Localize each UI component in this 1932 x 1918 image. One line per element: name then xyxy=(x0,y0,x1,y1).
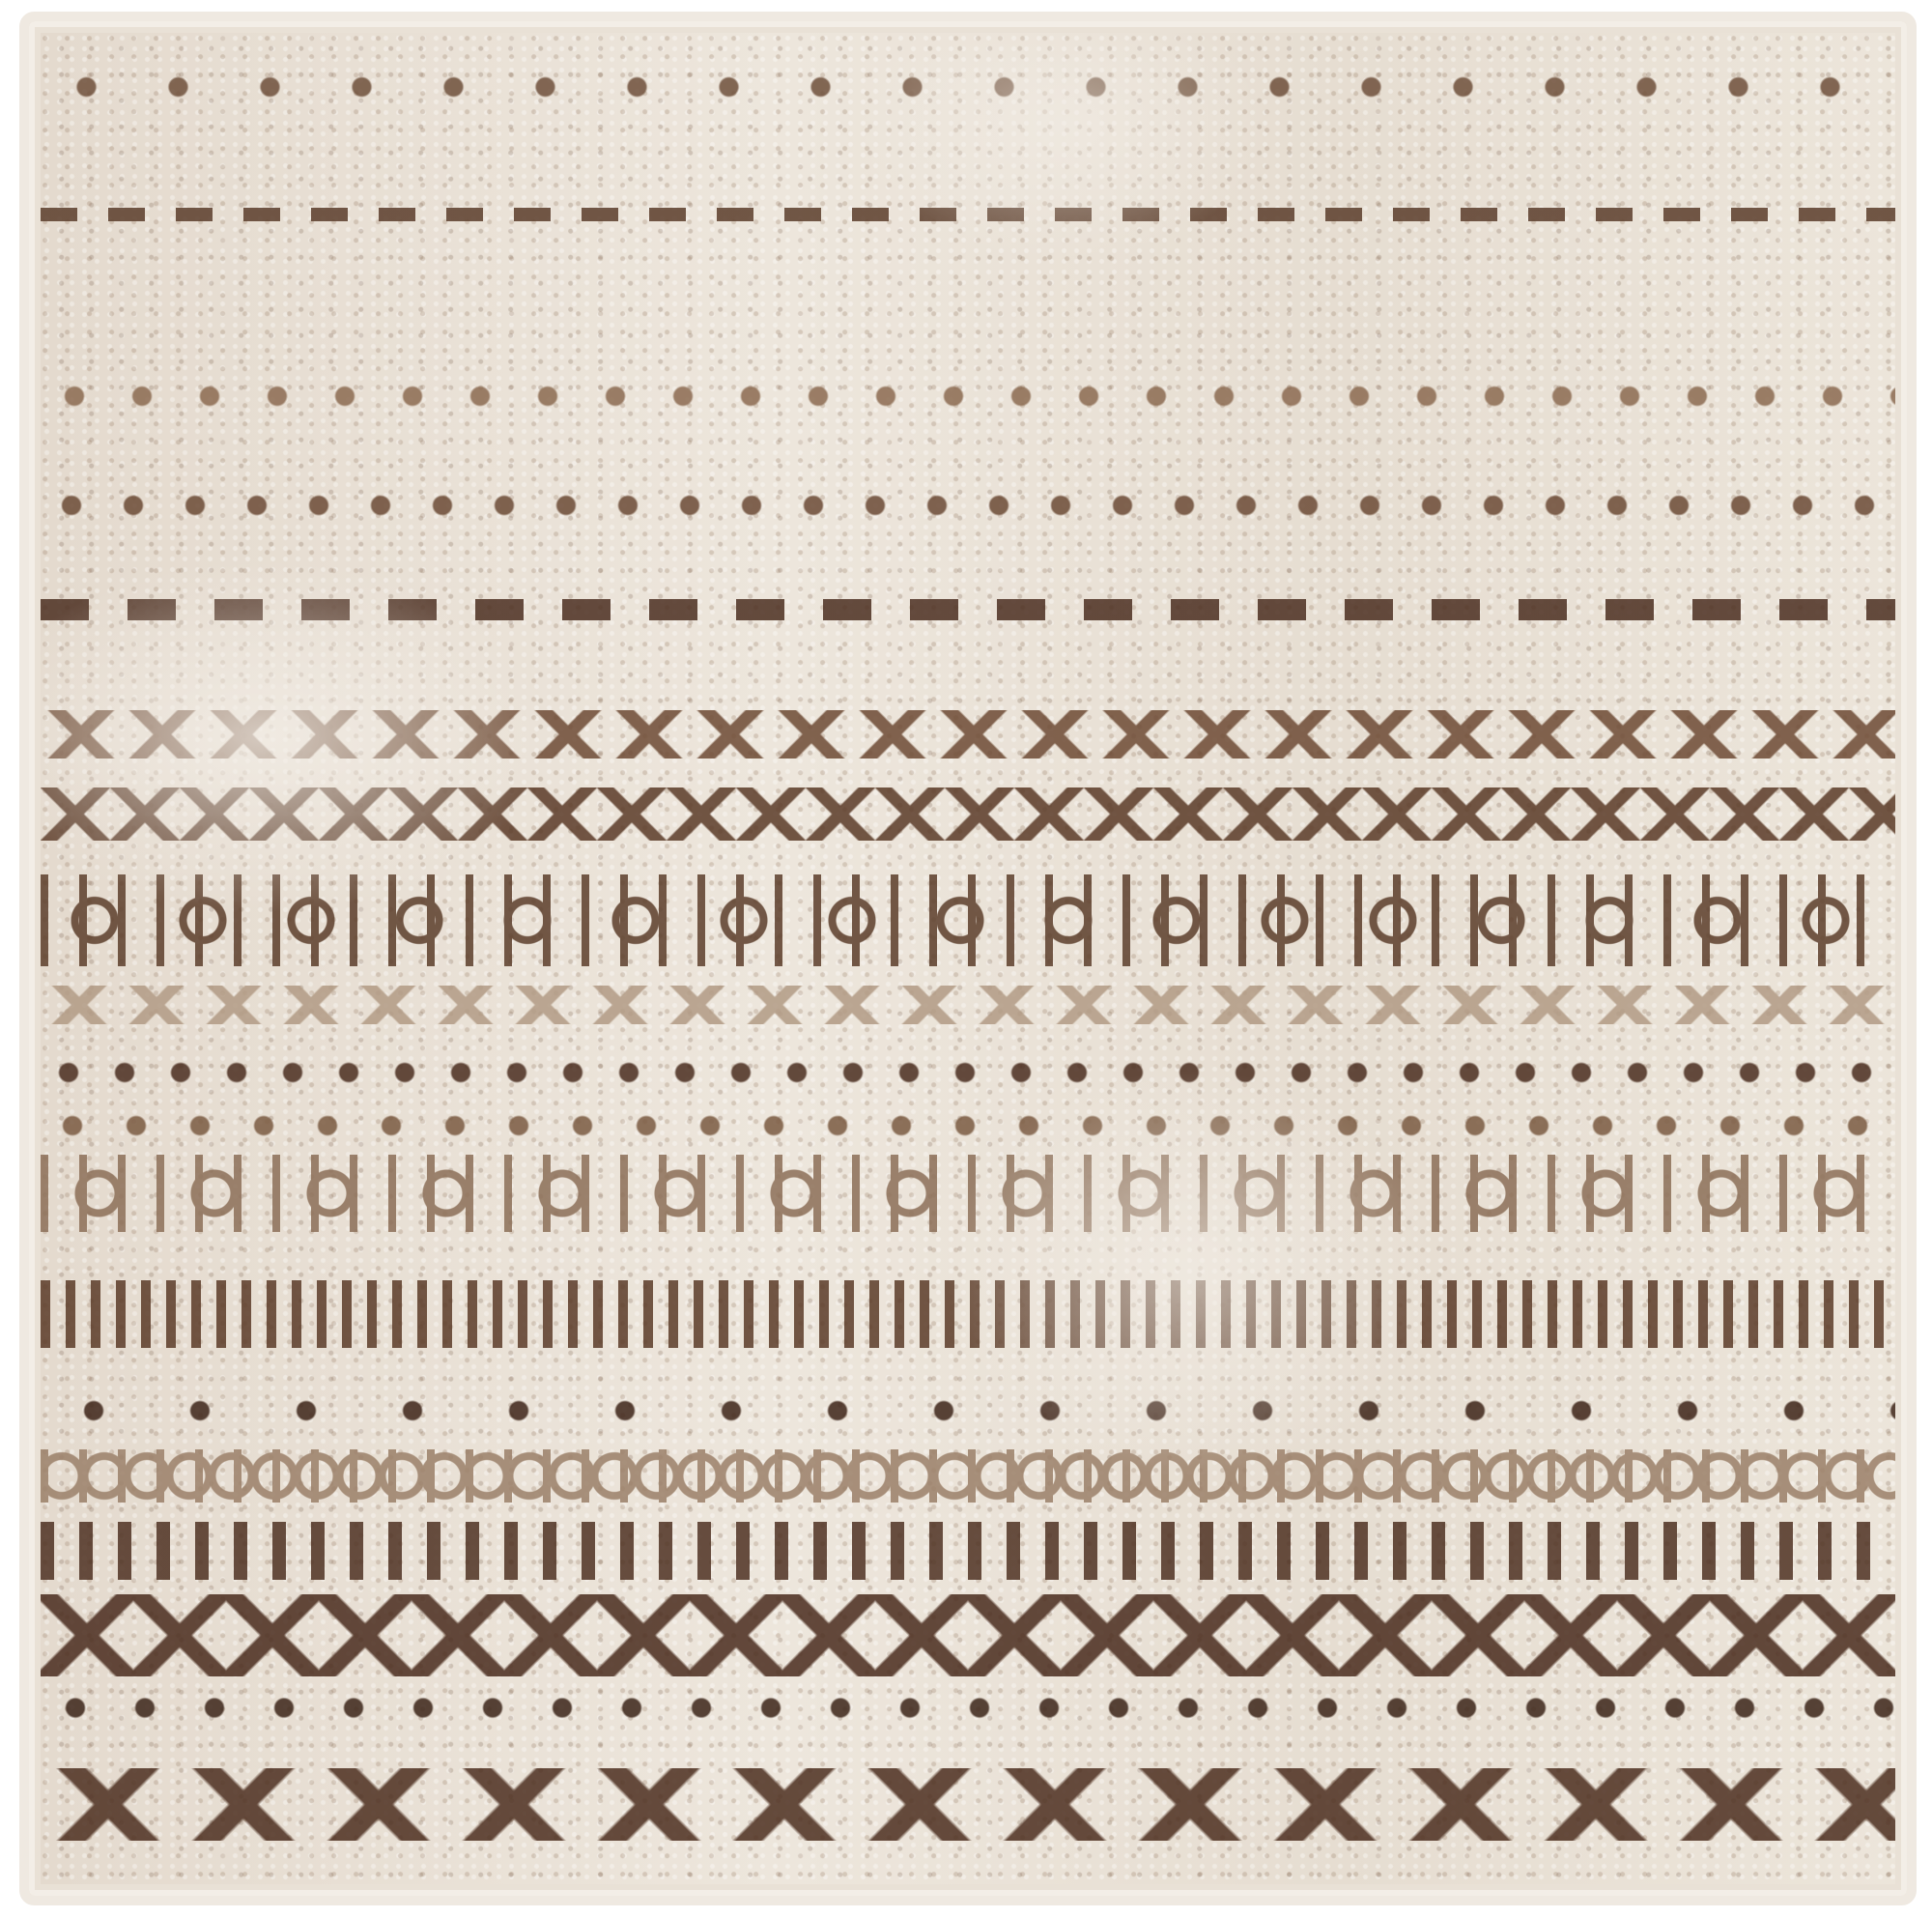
rug xyxy=(29,21,1907,1896)
faded-wash xyxy=(41,33,1895,1884)
